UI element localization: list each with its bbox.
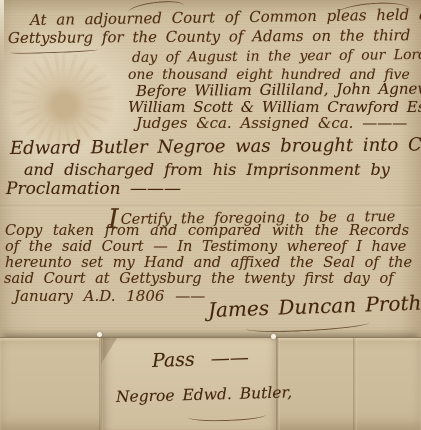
court-header-line-6: William Scott & William Crawford Esqrs. [128, 100, 421, 115]
pinhole-left [97, 332, 102, 337]
court-header-line-2: Gettysburg for the County of Adams on th… [8, 28, 410, 46]
signature-james-duncan: James Duncan Prothy [208, 292, 421, 320]
certification-line-2: Copy taken from and compared with the Re… [5, 224, 409, 239]
embossed-seal [10, 52, 114, 150]
scan-edge-artifact [0, 0, 4, 64]
pinhole-right [271, 334, 276, 339]
document-scan: At an adjourned Court of Common pleas he… [0, 0, 421, 430]
court-header-line-1: At an adjourned Court of Common pleas he… [30, 7, 421, 28]
certification-line-3: of the said Court — In Testimony whereof… [5, 240, 406, 255]
pass-title: Pass —— [152, 349, 249, 371]
court-header-line-3: day of August in the year of our Lord [132, 48, 421, 65]
fold-corner-shadow [101, 338, 117, 364]
seal-rays-texture [10, 52, 114, 150]
court-header-line-7: Judges &ca. Assigned &ca. ——— [136, 116, 407, 131]
vertical-crease-left [99, 338, 103, 430]
vertical-crease-far-right [353, 338, 357, 430]
court-header-line-5: Before William Gilliland, John Agnew [136, 81, 421, 99]
certification-line-5: said Court at Gettysburg the twenty firs… [4, 272, 394, 287]
certification-line-6: January A.D. 1806 —— [14, 289, 205, 304]
certification-line-4: hereunto set my Hand and affixed the Sea… [5, 256, 412, 271]
discharge-line-1: Edward Butler Negroe was brought into Co… [10, 136, 421, 158]
discharge-line-2: and discharged from his Imprisonment by [24, 162, 390, 178]
discharge-line-3: Proclamation ——— [6, 181, 181, 198]
